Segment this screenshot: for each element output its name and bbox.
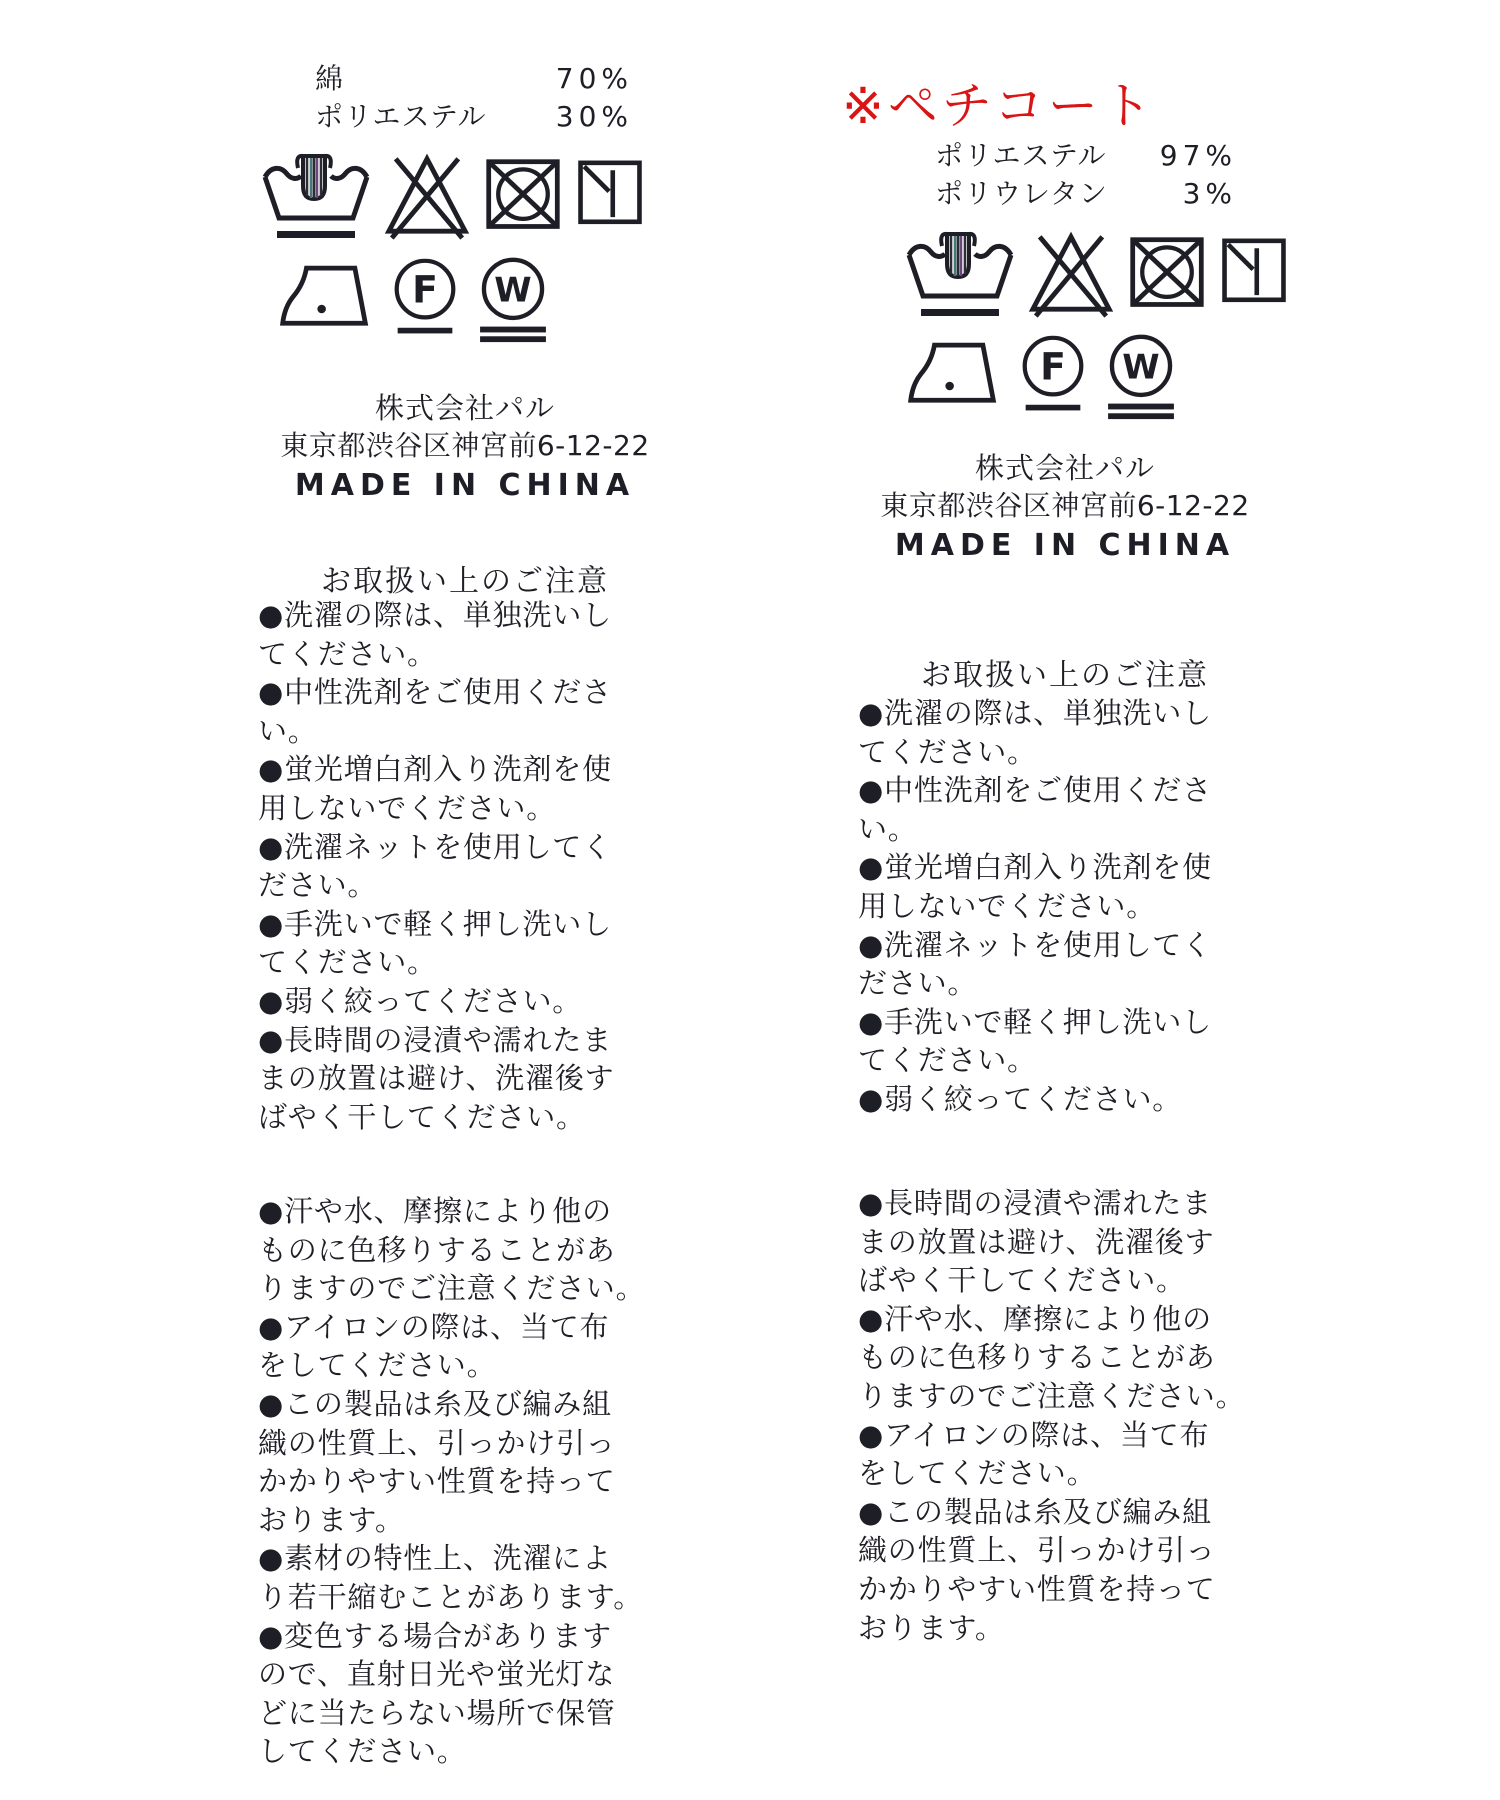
origin-label: MADE IN CHINA [860,528,1270,563]
do-not-tumble-dry-icon [1127,224,1207,324]
petticoat-heading: ※ペチコート [842,66,1156,138]
do-not-bleach-icon [383,146,471,246]
composition-row: ポリエステル 97% [935,137,1237,175]
wet-clean-w-icon: W [1106,330,1176,422]
material-name: ポリウレタン [935,175,1108,213]
svg-text:W: W [494,270,531,309]
hand-wash-icon [905,224,1015,324]
care-symbols-row-1 [261,146,657,246]
do-not-tumble-dry-icon [483,146,563,246]
company-name: 株式会社パル [215,386,715,427]
origin-label: MADE IN CHINA [215,468,715,503]
line-dry-in-shade-icon [1219,224,1289,324]
notice-paragraph-2: ●長時間の浸漬や濡れたま まの放置は避け、洗濯後す ばやく干してください。 ●汗… [858,1184,1278,1647]
care-label-sheet: 綿 70% ポリエステル 30% [0,0,1500,1800]
material-percent: 30% [556,98,633,136]
dry-clean-f-icon: F [1020,330,1086,422]
svg-text:W: W [1122,347,1159,386]
iron-low-heat-icon [277,253,372,345]
care-symbols-row-1 [905,224,1301,324]
material-name: ポリエステル [935,137,1106,175]
material-percent: 3% [1183,175,1237,213]
care-symbols-row-2: F W [277,253,568,345]
notice-title: お取扱い上のご注意 [860,650,1270,694]
composition-row: ポリエステル 30% [315,98,633,136]
composition-table: 綿 70% ポリエステル 30% [315,60,633,136]
material-percent: 70% [556,60,633,98]
notice-title: お取扱い上のご注意 [215,556,715,600]
svg-text:F: F [1040,344,1066,388]
company-address: 東京都渋谷区神宮前6-12-22 [830,484,1300,524]
composition-row: ポリウレタン 3% [935,175,1237,213]
wet-clean-w-icon: W [478,253,548,345]
company-address: 東京都渋谷区神宮前6-12-22 [215,424,715,464]
hand-wash-icon [261,146,371,246]
material-name: ポリエステル [315,98,486,136]
left-care-label: 綿 70% ポリエステル 30% [215,0,715,1800]
composition-table: ポリエステル 97% ポリウレタン 3% [935,137,1237,213]
material-percent: 97% [1160,137,1237,175]
right-care-label: ※ペチコート ポリエステル 97% ポリウレタン 3% [860,0,1270,1800]
material-name: 綿 [315,60,344,98]
notice-paragraph-2: ●汗や水、摩擦により他の ものに色移りすることがあ りますのでご注意ください。 … [258,1192,678,1771]
dry-clean-f-icon: F [392,253,458,345]
care-symbols-row-2: F W [905,330,1196,422]
iron-low-heat-icon [905,330,1000,422]
company-name: 株式会社パル [860,446,1270,487]
notice-paragraph-1: ●洗濯の際は、単独洗いし てください。 ●中性洗剤をご使用くださ い。 ●蛍光増… [858,694,1278,1119]
svg-text:F: F [412,267,438,311]
composition-row: 綿 70% [315,60,633,98]
notice-paragraph-1: ●洗濯の際は、単独洗いし てください。 ●中性洗剤をご使用くださ い。 ●蛍光増… [258,596,678,1136]
line-dry-in-shade-icon [575,146,645,246]
do-not-bleach-icon [1027,224,1115,324]
